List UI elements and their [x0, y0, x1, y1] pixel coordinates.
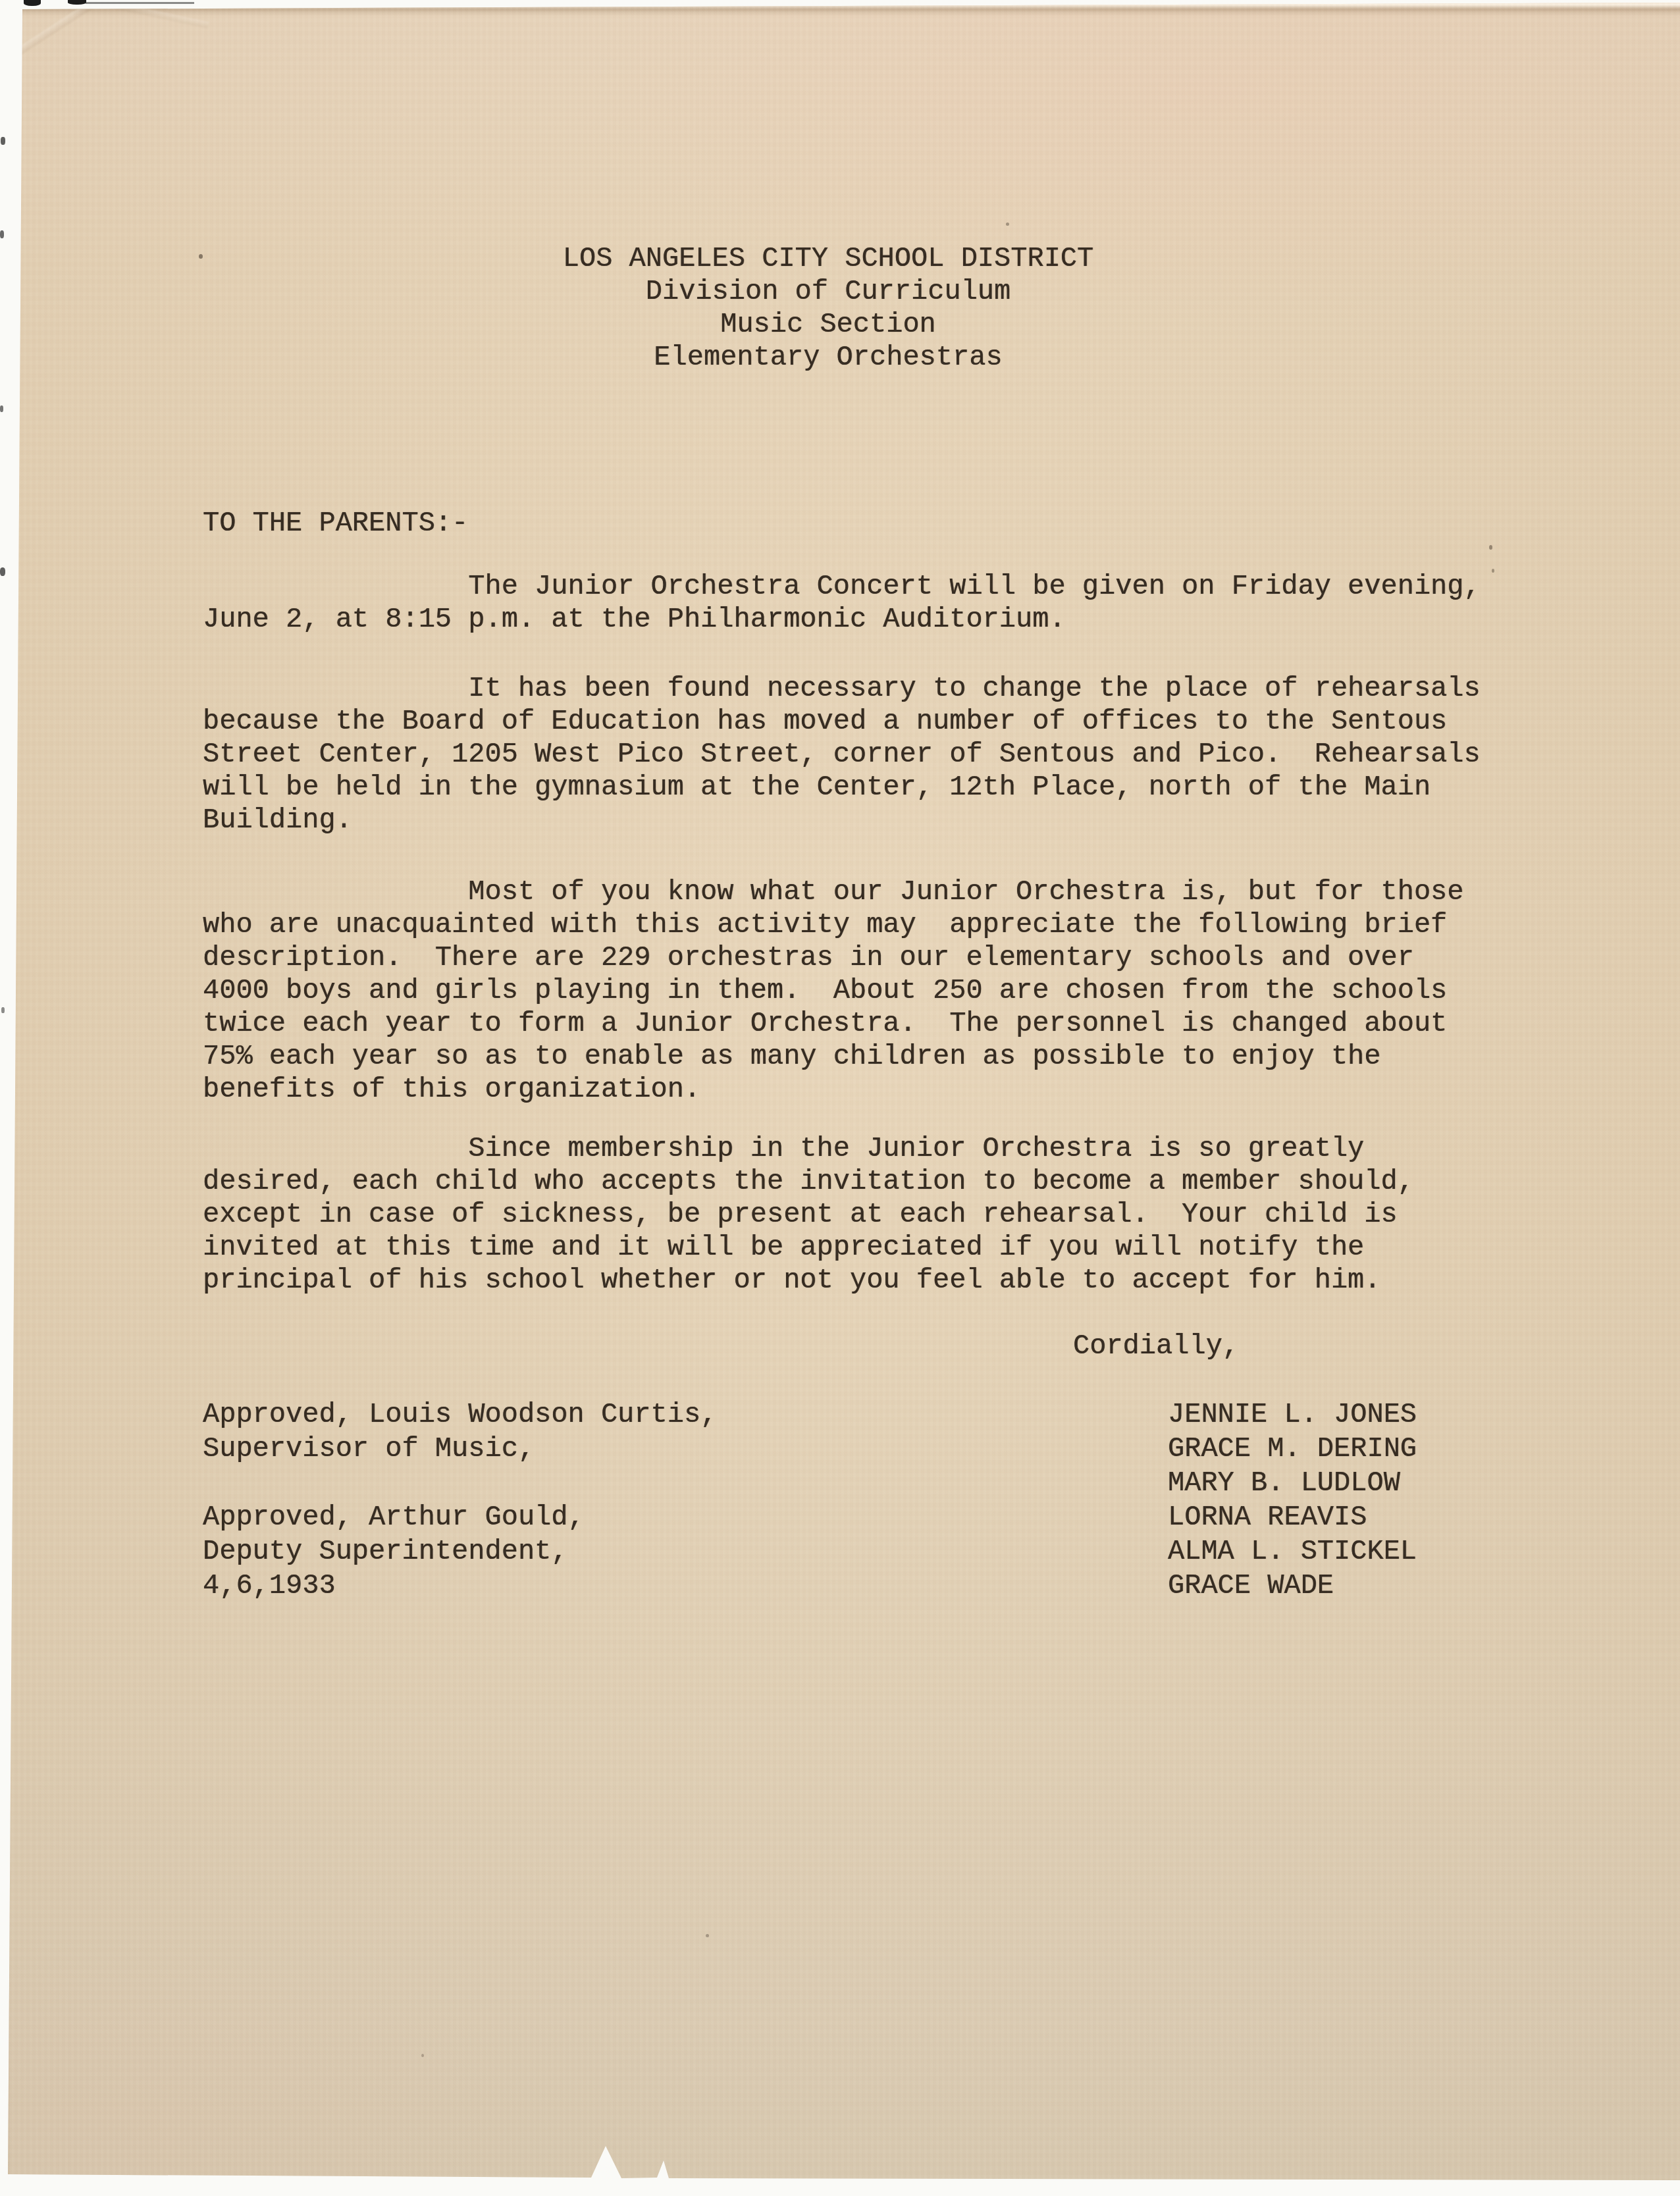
typed-content: LOS ANGELES CITY SCHOOL DISTRICTDivision…: [0, 0, 1680, 2196]
scanner-edge-mark: [68, 0, 86, 5]
paragraph-rehearsal-location: It has been found necessary to change th…: [203, 672, 1481, 837]
letter-page: LOS ANGELES CITY SCHOOL DISTRICTDivision…: [0, 0, 1680, 2196]
ink-speck: [421, 2054, 424, 2057]
vertical-fold-crease-upper: [0, 0, 11, 1251]
scanner-edge-speck: [0, 230, 4, 238]
letterhead-line-1: LOS ANGELES CITY SCHOOL DISTRICT: [203, 242, 1454, 275]
paragraph-concert-announcement: The Junior Orchestra Concert will be giv…: [203, 570, 1481, 636]
scanner-edge-mark: [24, 0, 41, 6]
horizontal-fold-crease-lower: [0, 0, 1680, 16]
scanner-edge-line: [86, 2, 194, 4]
letterhead-line-3: Music Section: [203, 308, 1454, 341]
closing: Cordially,: [1073, 1330, 1239, 1363]
approvals-block: Approved, Louis Woodson Curtis, Supervis…: [203, 1398, 717, 1603]
scanner-edge-speck: [0, 567, 5, 576]
signatures-block: JENNIE L. JONES GRACE M. DERING MARY B. …: [1168, 1398, 1417, 1603]
paragraph-orchestra-description: Most of you know what our Junior Orchest…: [203, 876, 1464, 1106]
ink-speck: [1006, 222, 1009, 226]
letterhead-line-2: Division of Curriculum: [203, 275, 1454, 308]
ink-speck: [1492, 569, 1494, 573]
scanner-edge-speck: [1, 137, 5, 145]
vertical-fold-crease-lower: [0, 1251, 11, 2196]
paragraph-membership-request: Since membership in the Junior Orchestra…: [203, 1132, 1414, 1297]
wrinkle-bottom-right: [13, 0, 171, 57]
horizontal-fold-crease-upper: [0, 0, 1680, 12]
ink-speck: [1489, 545, 1492, 550]
ink-speck: [706, 1934, 709, 1937]
ink-speck: [199, 254, 203, 259]
scanner-edge-speck: [0, 405, 3, 412]
scanner-edge-speck: [1, 1007, 5, 1013]
scanned-letter-canvas: LOS ANGELES CITY SCHOOL DISTRICTDivision…: [0, 0, 1680, 2196]
letterhead-line-4: Elementary Orchestras: [203, 341, 1454, 374]
salutation: TO THE PARENTS:-: [203, 507, 468, 540]
letterhead: LOS ANGELES CITY SCHOOL DISTRICTDivision…: [203, 242, 1454, 374]
